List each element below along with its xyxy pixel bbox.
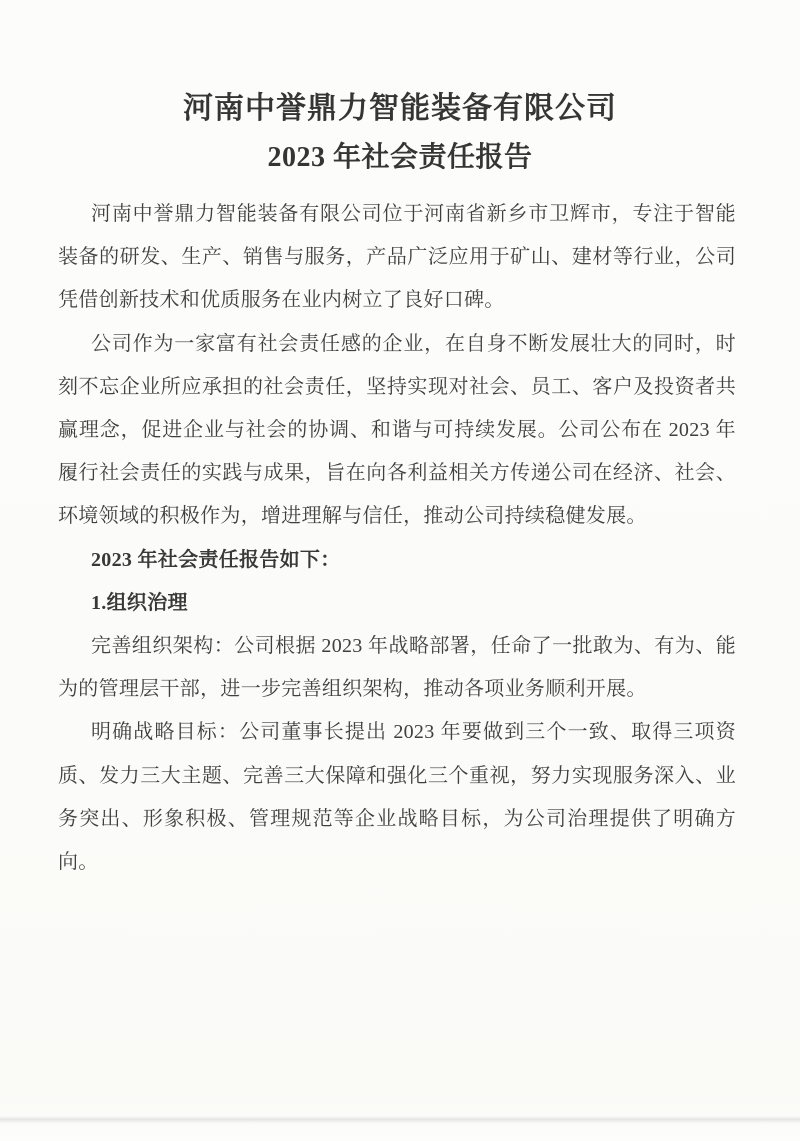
scanned-document-page: 河南中誉鼎力智能装备有限公司 2023 年社会责任报告 河南中誉鼎力智能装备有限… — [0, 0, 800, 1141]
paragraph-company-intro: 河南中誉鼎力智能装备有限公司位于河南省新乡市卫辉市，专注于智能装备的研发、生产、… — [58, 193, 736, 323]
report-lead-line: 2023 年社会责任报告如下： — [58, 539, 736, 582]
report-body: 河南中誉鼎力智能装备有限公司位于河南省新乡市卫辉市，专注于智能装备的研发、生产、… — [58, 193, 736, 884]
report-title-company: 河南中誉鼎力智能装备有限公司 — [0, 84, 800, 134]
report-title: 河南中誉鼎力智能装备有限公司 2023 年社会责任报告 — [0, 84, 800, 182]
paragraph-org-structure: 完善组织架构：公司根据 2023 年战略部署，任命了一批敢为、有为、能为的管理层… — [58, 625, 736, 711]
paragraph-strategy-goals: 明确战略目标：公司董事长提出 2023 年要做到三个一致、取得三项资质、发力三大… — [58, 711, 736, 884]
scan-page-bottom-edge — [0, 1116, 800, 1124]
section-heading-governance: 1.组织治理 — [58, 582, 736, 625]
paragraph-csr-commitment: 公司作为一家富有社会责任感的企业，在自身不断发展壮大的同时，时刻不忘企业所应承担… — [58, 323, 736, 539]
report-title-year: 2023 年社会责任报告 — [0, 134, 800, 182]
